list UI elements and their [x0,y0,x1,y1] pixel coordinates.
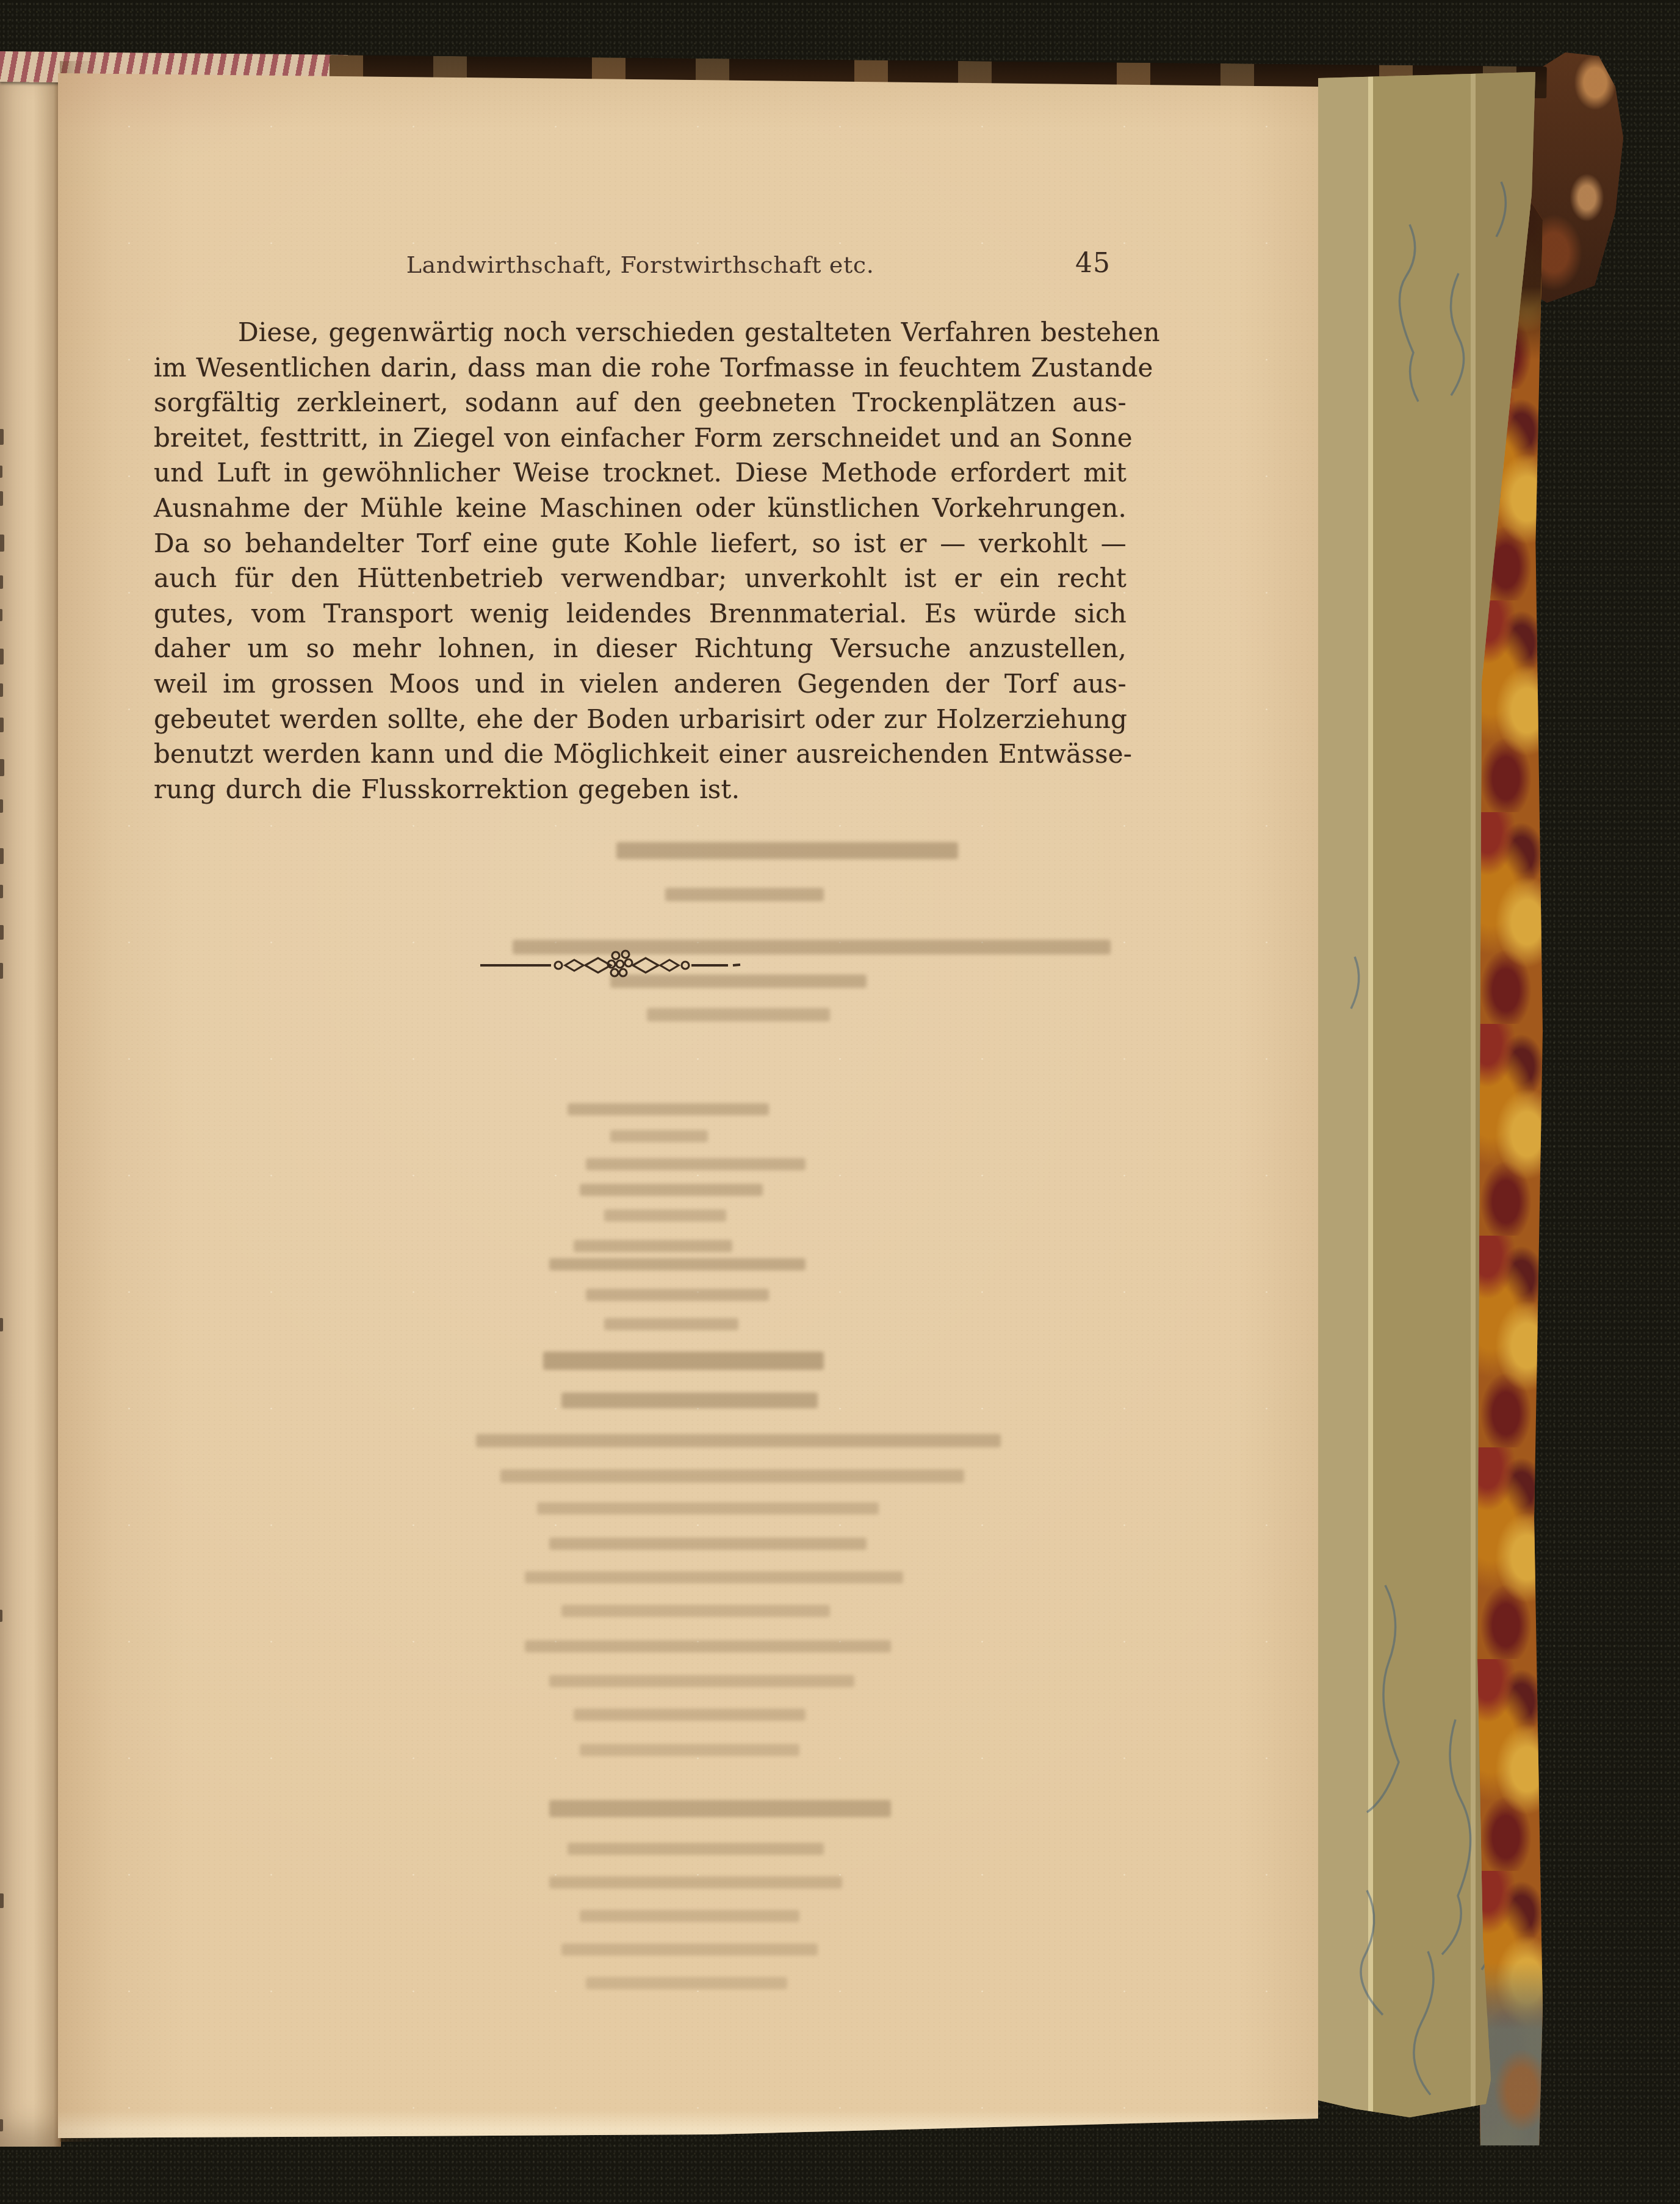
ghost-text-line [665,888,824,901]
facing-page-letter-fragment [0,683,3,697]
paragraph-line: rung durch die Flusskorrektion gegeben i… [154,772,1127,807]
ghost-text-line [525,1571,903,1583]
facing-page-letter-fragment [0,466,2,478]
ghost-text-line [604,1209,726,1222]
ghost-text-line [549,1800,891,1817]
paragraph-line: im Wesentlichen darin, dass man die rohe… [154,350,1127,386]
facing-page-letter-fragment [0,759,4,776]
paragraph-line: benutzt werden kann und die Möglichkeit … [154,736,1127,772]
facing-page-letter-fragment [0,2119,3,2131]
ghost-text-line [574,1240,732,1252]
ghost-text-line [580,1744,799,1756]
book-scan-background: Landwirthschaft, Forstwirthschaft etc. 4… [0,0,1680,2204]
running-header: Landwirthschaft, Forstwirthschaft etc. 4… [154,251,1127,283]
facing-page-letter-fragment [0,609,2,621]
body-paragraph: Diese, gegenwärtig noch verschieden gest… [154,315,1127,807]
facing-page-letter-fragment [0,1318,3,1331]
ghost-text-line [549,1675,854,1687]
ghost-text-line [549,1258,806,1270]
paragraph-line: gutes, vom Transport wenig leidendes Bre… [154,596,1127,632]
ghost-text-line [647,1008,830,1021]
paragraph-line: und Luft in gewöhnlicher Weise trocknet.… [154,455,1127,491]
facing-page-letter-fragment [0,429,4,445]
facing-page-letter-fragment [0,649,4,664]
ghost-text-line [580,1910,799,1922]
ghost-text-line [561,1943,818,1956]
facing-page-letter-fragment [0,491,3,506]
facing-page-letter-fragment [0,963,3,979]
facing-page-letter-fragment [0,1610,2,1622]
facing-page-letter-fragment [0,885,3,898]
ghost-text-line [610,1130,708,1142]
paragraph-line: daher um so mehr lohnen, in dieser Richt… [154,631,1127,666]
ghost-text-line [500,1469,964,1483]
running-header-title: Landwirthschaft, Forstwirthschaft etc. [154,251,1127,278]
paragraph-line: sorgfältig zerkleinert, sodann auf den g… [154,385,1127,420]
ghost-text-line [580,1184,763,1196]
ghost-text-line [537,1502,879,1514]
ghost-text-line [574,1709,806,1721]
paragraph-line: Da so behandelter Torf eine gute Kohle l… [154,526,1127,561]
ghost-text-line [568,1103,769,1115]
facing-page-letter-fragment [0,799,3,813]
ghost-text-line [543,1352,824,1370]
facing-page-letter-fragment [0,718,4,732]
ghost-text-line [549,1876,842,1889]
ghost-text-line [561,1392,818,1408]
facing-page-letter-fragment [0,848,4,864]
facing-page-letter-fragment [0,535,4,552]
facing-page-letter-fragment [0,925,4,940]
ghost-text-line [476,1434,1001,1447]
ghost-text-line [616,842,958,859]
paragraph-line: Diese, gegenwärtig noch verschieden gest… [154,315,1127,350]
ghost-text-line [586,1158,806,1170]
section-divider-ornament-icon [479,949,741,979]
facing-page-edge [0,54,61,2147]
paragraph-line: weil im grossen Moos und in vielen ander… [154,666,1127,702]
paragraph-line: gebeutet werden sollte, ehe der Boden ur… [154,702,1127,737]
page-number: 45 [1075,248,1111,279]
facing-page-letter-fragment [0,575,3,589]
ghost-text-line [525,1640,891,1652]
paragraph-line: breitet, festtritt, in Ziegel von einfac… [154,420,1127,456]
ghost-text-line [561,1605,830,1617]
book-page: Landwirthschaft, Forstwirthschaft etc. 4… [58,68,1318,2138]
ghost-text-line [604,1318,738,1330]
ghost-text-line [568,1843,824,1855]
facing-page-letter-fragment [0,1893,4,1908]
ghost-text-line [586,1289,769,1301]
ghost-text-line [586,1977,787,1989]
paragraph-line: Ausnahme der Mühle keine Maschinen oder … [154,491,1127,526]
ghost-text-line [549,1538,867,1550]
paragraph-line: auch für den Hüttenbetrieb verwendbar; u… [154,561,1127,596]
